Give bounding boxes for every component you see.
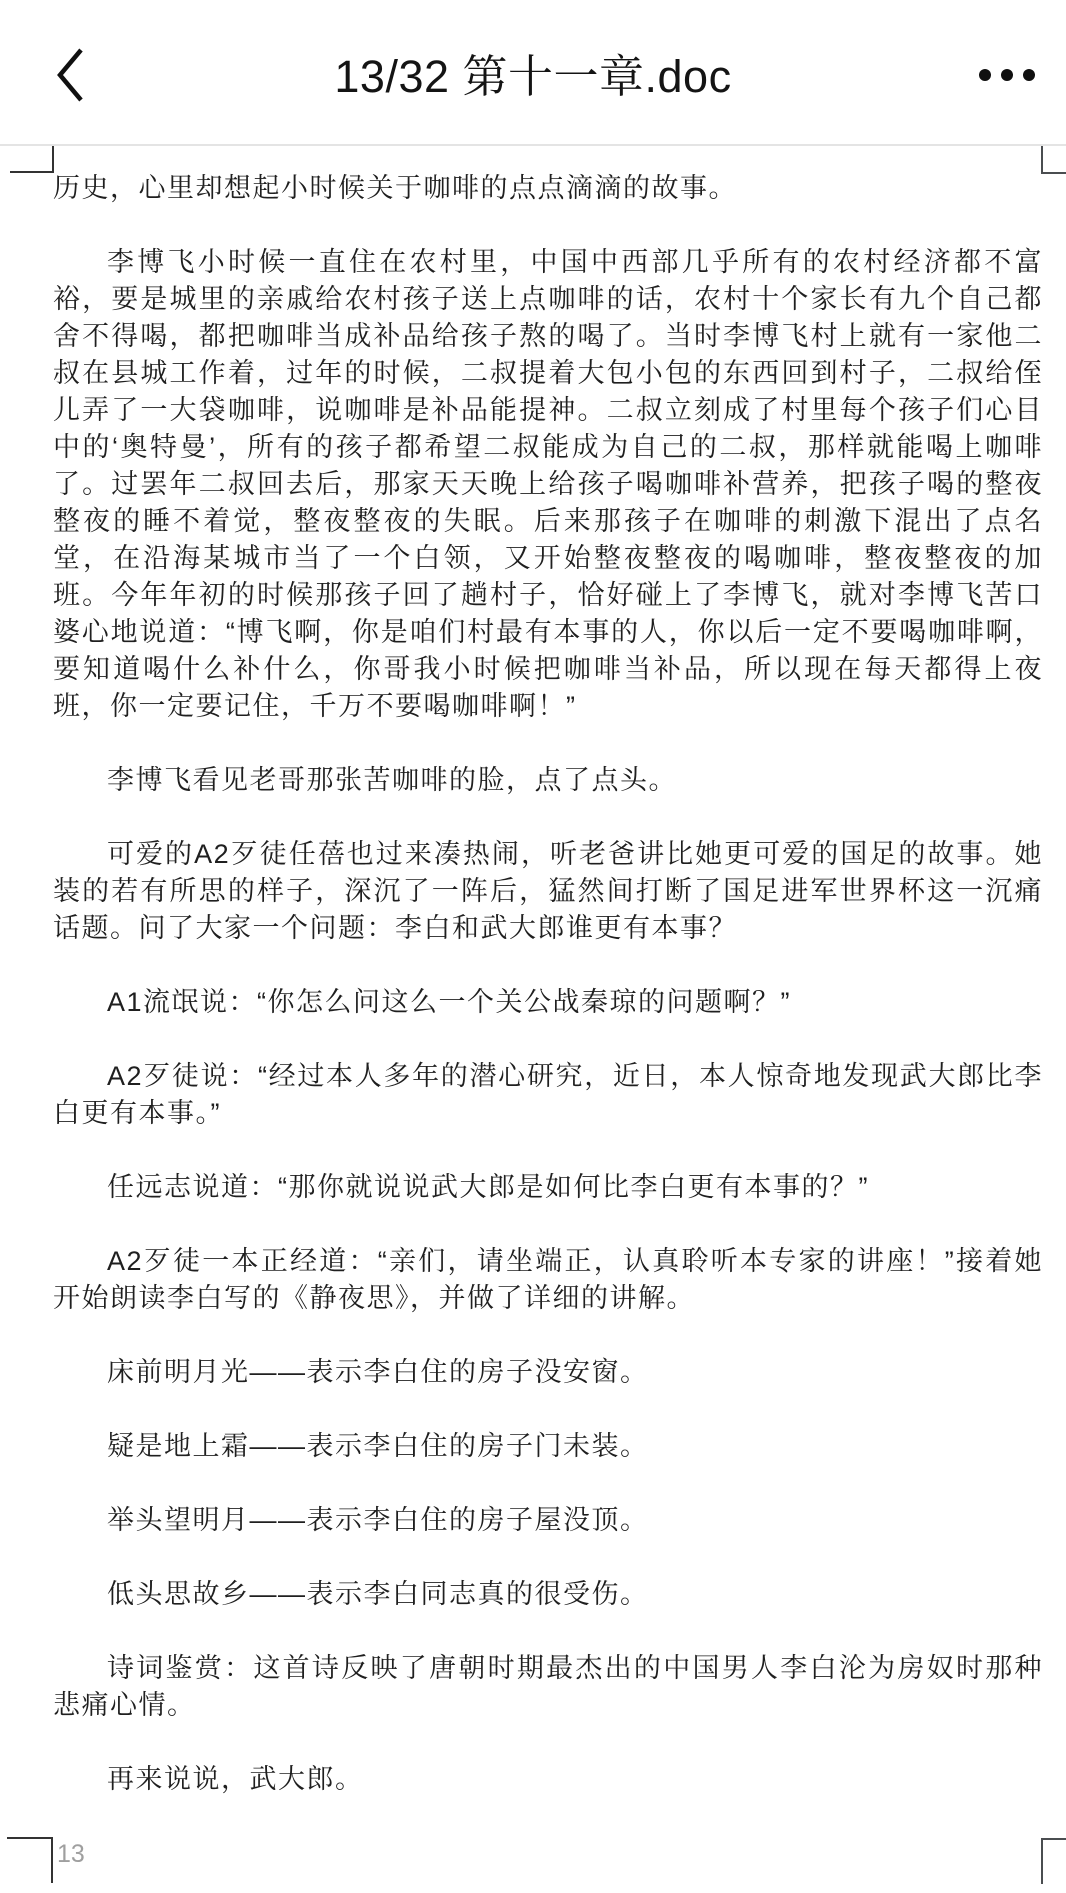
paragraph: A2歹徒说：“经过本人多年的潜心研究，近日，本人惊奇地发现武大郎比李白更有本事。… (53, 1058, 1043, 1132)
paragraph: 低头思故乡——表示李白同志真的很受伤。 (53, 1576, 1043, 1613)
chevron-left-icon (55, 47, 85, 103)
back-button[interactable] (30, 28, 110, 122)
page-number: 13 (57, 1840, 85, 1869)
document-page[interactable]: 历史，心里却想起小时候关于咖啡的点点滴滴的故事。 李博飞小时候一直住在农村里，中… (0, 146, 1066, 1893)
paragraph: 诗词鉴赏：这首诗反映了唐朝时期最杰出的中国男人李白沦为房奴时那种悲痛心情。 (53, 1650, 1043, 1724)
paragraph: 李博飞小时候一直住在农村里，中国中西部几乎所有的农村经济都不富裕，要是城里的亲戚… (53, 244, 1043, 725)
paragraph: 任远志说道：“那你就说说武大郎是如何比李白更有本事的？” (53, 1169, 1043, 1206)
paragraph: 可爱的A2歹徒任蓓也过来凑热闹，听老爸讲比她更可爱的国足的故事。她装的若有所思的… (53, 836, 1043, 947)
app-header: 13/32 第十一章.doc (0, 0, 1066, 145)
crop-mark-bottom-right (1041, 1838, 1066, 1884)
paragraph: A1流氓说：“你怎么问这么一个关公战秦琼的问题啊？” (53, 984, 1043, 1021)
paragraph: 举头望明月——表示李白住的房子屋没顶。 (53, 1502, 1043, 1539)
document-text: 历史，心里却想起小时候关于咖啡的点点滴滴的故事。 李博飞小时候一直住在农村里，中… (53, 170, 1043, 1835)
paragraph: 历史，心里却想起小时候关于咖啡的点点滴滴的故事。 (53, 170, 1043, 207)
ellipsis-icon (979, 69, 991, 81)
paragraph: 李博飞看见老哥那张苦咖啡的脸，点了点头。 (53, 762, 1043, 799)
more-button[interactable] (962, 36, 1052, 114)
paragraph: 疑是地上霜——表示李白住的房子门未装。 (53, 1428, 1043, 1465)
crop-mark-bottom-left (7, 1837, 53, 1883)
doc-viewer-screen: 13/32 第十一章.doc 历史，心里却想起小时候关于咖啡的点点滴滴的故事。 … (0, 0, 1066, 1893)
ellipsis-icon (1001, 69, 1013, 81)
page-title: 13/32 第十一章.doc (334, 40, 731, 105)
paragraph: 再来说说，武大郎。 (53, 1761, 1043, 1798)
paragraph: 床前明月光——表示李白住的房子没安窗。 (53, 1354, 1043, 1391)
crop-mark-top-left (10, 146, 54, 173)
ellipsis-icon (1023, 69, 1035, 81)
paragraph: A2歹徒一本正经道：“亲们，请坐端正，认真聆听本专家的讲座！”接着她开始朗读李白… (53, 1243, 1043, 1317)
crop-mark-top-right (1041, 146, 1066, 174)
